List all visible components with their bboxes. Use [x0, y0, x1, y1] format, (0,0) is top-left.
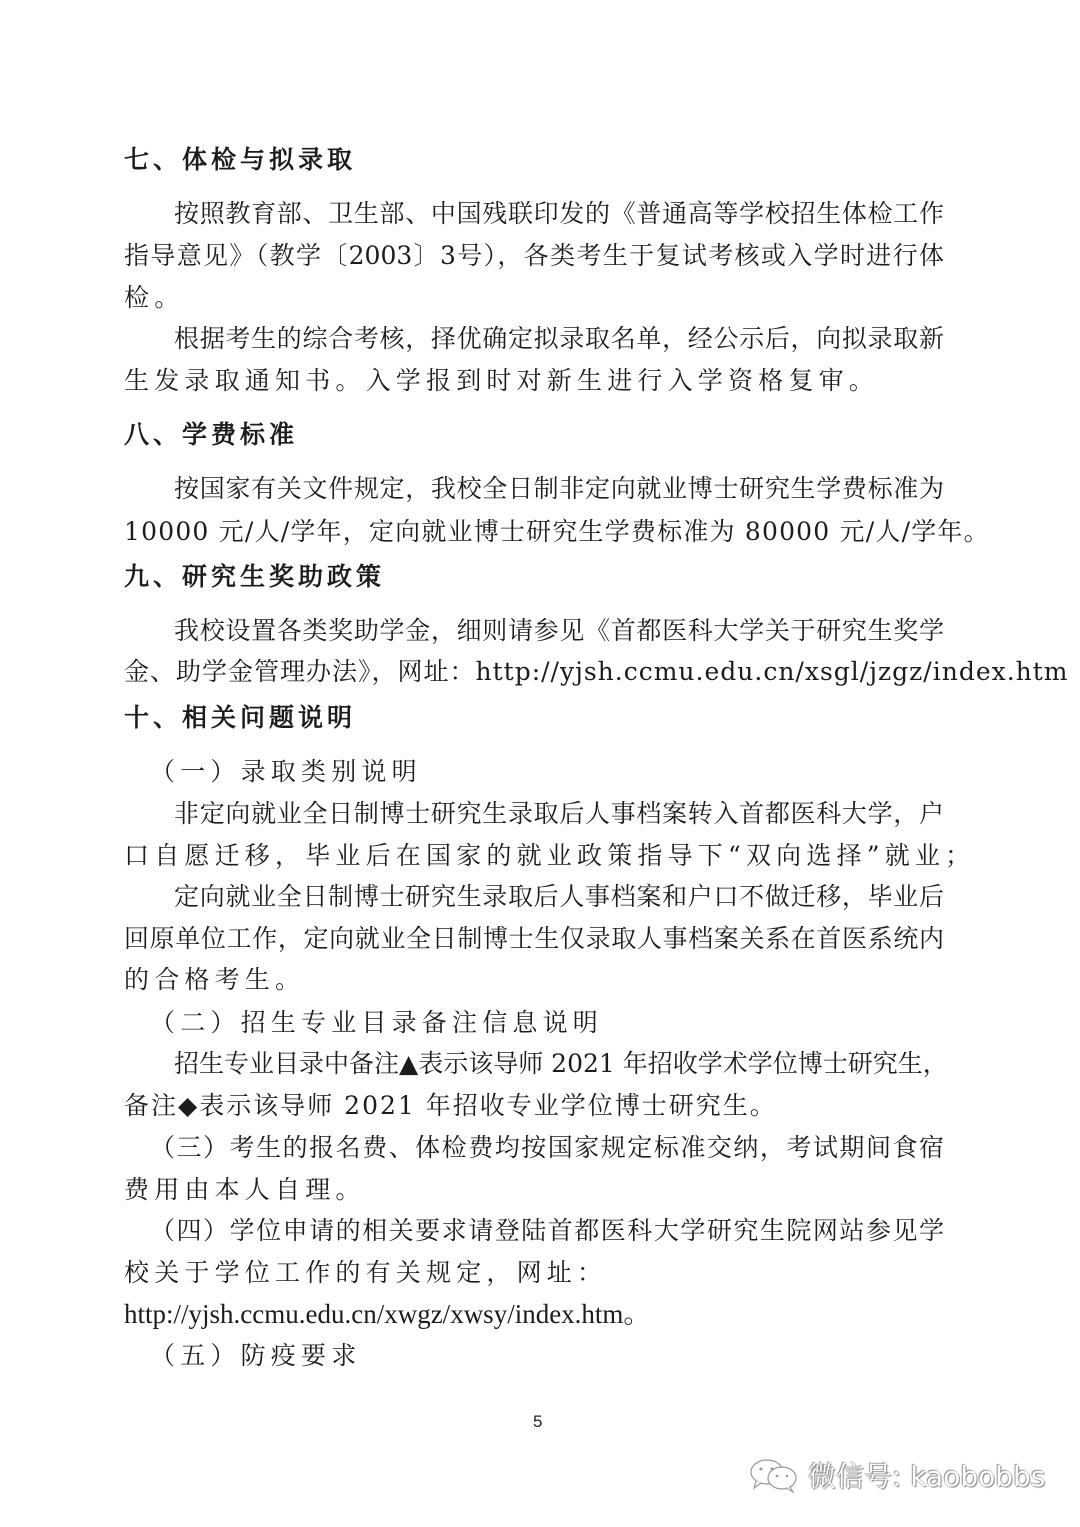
document-page: 七、体检与拟录取 按照教育部、卫生部、中国残联印发的《普通高等学校招生体检工作 …	[0, 0, 1080, 1527]
watermark-text: 微信号: kaobobbs	[808, 1455, 1045, 1495]
section-heading-9: 九、研究生奖助政策	[124, 560, 944, 594]
url-link[interactable]: http://yjsh.ccmu.edu.cn/xwgz/xwsy/index.…	[124, 1297, 944, 1331]
paragraph-line: 备注◆表示该导师 2021 年招收专业学位博士研究生。	[124, 1089, 944, 1123]
section-heading-10: 十、相关问题说明	[124, 701, 944, 735]
subsection-title: （三）考生的报名费、体检费均按国家规定标准交纳，考试期间食宿	[150, 1131, 944, 1165]
paragraph-line: 按国家有关文件规定，我校全日制非定向就业博士研究生学费标准为	[174, 472, 944, 506]
section-heading-7: 七、体检与拟录取	[124, 143, 944, 177]
paragraph-line: 定向就业全日制博士研究生录取后人事档案和户口不做迁移，毕业后	[174, 880, 944, 914]
page-number: 5	[533, 1412, 542, 1432]
paragraph-line: 生发录取通知书。入学报到时对新生进行入学资格复审。	[124, 364, 944, 398]
subsection-title: （二）招生专业目录备注信息说明	[150, 1006, 920, 1040]
paragraph-line: 根据考生的综合考核，择优确定拟录取名单，经公示后，向拟录取新	[174, 322, 944, 356]
paragraph-line: 校关于学位工作的有关规定，网址：	[124, 1256, 944, 1290]
paragraph-line: 10000 元/人/学年，定向就业博士研究生学费标准为 80000 元/人/学年…	[124, 515, 944, 549]
subsection-title: （一）录取类别说明	[150, 755, 920, 789]
paragraph-line: 非定向就业全日制博士研究生录取后人事档案转入首都医科大学，户	[174, 797, 944, 831]
subsection-title: （五）防疫要求	[150, 1339, 920, 1373]
paragraph-line: 检。	[124, 281, 944, 315]
paragraph-line: 指导意见》（教学〔2003〕3号），各类考生于复试考核或入学时进行体	[124, 239, 944, 273]
paragraph-line: 按照教育部、卫生部、中国残联印发的《普通高等学校招生体检工作	[174, 197, 944, 231]
watermark: 微信号: kaobobbs	[748, 1455, 1045, 1495]
section-heading-8: 八、学费标准	[124, 418, 944, 452]
paragraph-line-with-link[interactable]: 金、助学金管理办法》，网址：http://yjsh.ccmu.edu.cn/xs…	[124, 655, 944, 689]
wechat-icon	[748, 1457, 802, 1493]
paragraph-line: 口自愿迁移，毕业后在国家的就业政策指导下“双向选择”就业；	[124, 839, 944, 873]
paragraph-line: 招生专业目录中备注▲表示该导师 2021 年招收学术学位博士研究生，	[174, 1047, 944, 1081]
paragraph-line: 回原单位工作，定向就业全日制博士生仅录取人事档案关系在首医系统内	[124, 922, 944, 956]
paragraph-line: 我校设置各类奖助学金，细则请参见《首都医科大学关于研究生奖学	[174, 614, 944, 648]
paragraph-line: 的合格考生。	[124, 963, 944, 997]
paragraph-line: 费用由本人自理。	[124, 1173, 944, 1207]
subsection-title: （四）学位申请的相关要求请登陆首都医科大学研究生院网站参见学	[150, 1214, 944, 1248]
